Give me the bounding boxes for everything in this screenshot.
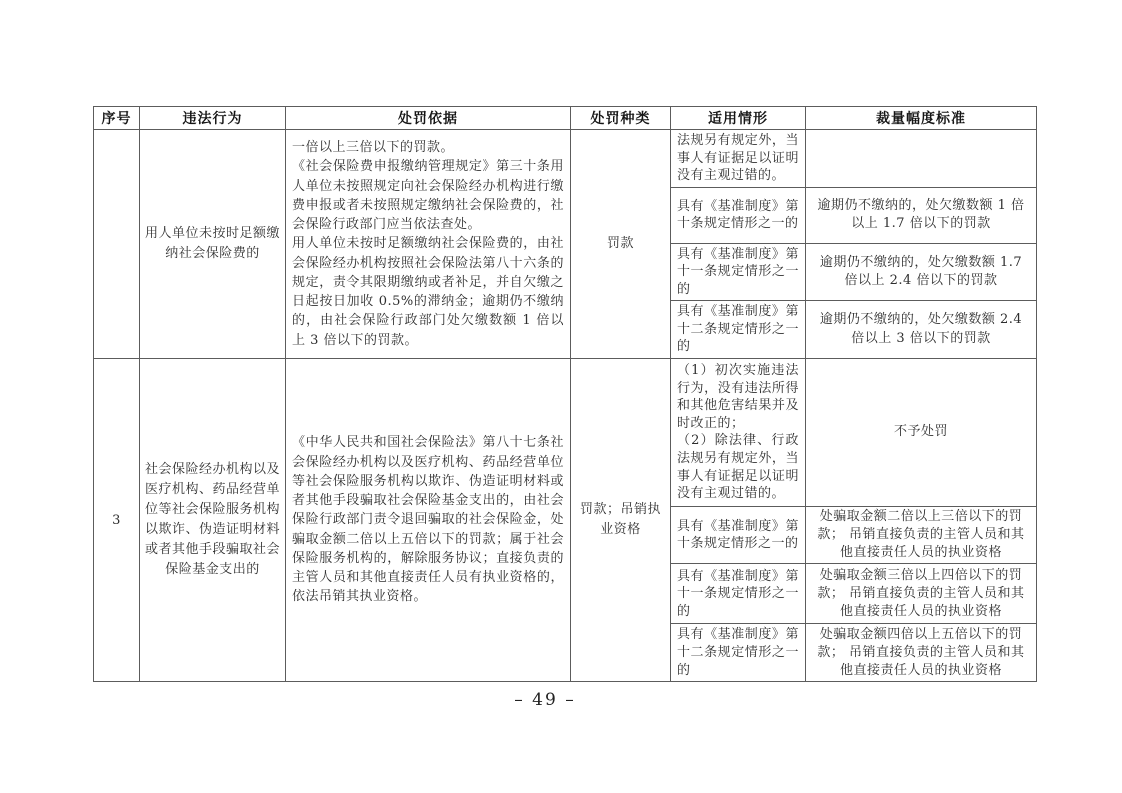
situation-cell: （1）初次实施违法行为，没有违法所得和其他危害结果并及时改正的； （2）除法律、… — [671, 358, 806, 506]
situation-cell: 具有《基准制度》第十二条规定情形之一的 — [671, 624, 806, 682]
situation-cell: 具有《基准制度》第十条规定情形之一的 — [671, 506, 806, 564]
standard-cell: 逾期仍不缴纳的，处欠缴数额 1.7 倍以上 2.4 倍以下的罚款 — [806, 243, 1037, 301]
page-number: – 49 – — [0, 690, 1090, 710]
standard-cell: 逾期仍不缴纳的，处欠缴数额 1 倍以上 1.7 倍以下的罚款 — [806, 187, 1037, 243]
table-row: 3 社会保险经办机构以及医疗机构、药品经营单位等社会保险服务机构以欺诈、伪造证明… — [94, 358, 1037, 506]
col-header-standard: 裁量幅度标准 — [806, 107, 1037, 130]
basis-cell: 《中华人民共和国社会保险法》第八十七条社会保险经办机构以及医疗机构、药品经营单位… — [286, 358, 571, 681]
col-header-behavior: 违法行为 — [140, 107, 286, 130]
situation-cell: 具有《基准制度》第十条规定情形之一的 — [671, 187, 806, 243]
penalty-type-cell: 罚款；吊销执业资格 — [571, 358, 671, 681]
table-header-row: 序号 违法行为 处罚依据 处罚种类 适用情形 裁量幅度标准 — [94, 107, 1037, 130]
standard-cell: 不予处罚 — [806, 358, 1037, 506]
standard-cell: 处骗取金额四倍以上五倍以下的罚款； 吊销直接负责的主管人员和其他直接责任人员的执… — [806, 624, 1037, 682]
penalty-type-cell: 罚款 — [571, 130, 671, 359]
col-header-situation: 适用情形 — [671, 107, 806, 130]
behavior-cell: 社会保险经办机构以及医疗机构、药品经营单位等社会保险服务机构以欺诈、伪造证明材料… — [140, 358, 286, 681]
situation-cell: 具有《基准制度》第十一条规定情形之一的 — [671, 243, 806, 301]
penalty-table: 序号 违法行为 处罚依据 处罚种类 适用情形 裁量幅度标准 用人单位未按时足额缴… — [93, 106, 1037, 682]
standard-cell: 处骗取金额二倍以上三倍以下的罚款； 吊销直接负责的主管人员和其他直接责任人员的执… — [806, 506, 1037, 564]
standard-cell — [806, 130, 1037, 188]
col-header-seq: 序号 — [94, 107, 140, 130]
standard-cell: 处骗取金额三倍以上四倍以下的罚款； 吊销直接负责的主管人员和其他直接责任人员的执… — [806, 564, 1037, 624]
situation-cell: 法规另有规定外，当事人有证据足以证明没有主观过错的。 — [671, 130, 806, 188]
table-row: 用人单位未按时足额缴纳社会保险费的 一倍以上三倍以下的罚款。 《社会保险费申报缴… — [94, 130, 1037, 188]
situation-cell: 具有《基准制度》第十一条规定情形之一的 — [671, 564, 806, 624]
seq-cell — [94, 130, 140, 359]
basis-cell: 一倍以上三倍以下的罚款。 《社会保险费申报缴纳管理规定》第三十条用人单位未按照规… — [286, 130, 571, 359]
seq-cell: 3 — [94, 358, 140, 681]
col-header-basis: 处罚依据 — [286, 107, 571, 130]
standard-cell: 逾期仍不缴纳的，处欠缴数额 2.4 倍以上 3 倍以下的罚款 — [806, 301, 1037, 359]
behavior-cell: 用人单位未按时足额缴纳社会保险费的 — [140, 130, 286, 359]
col-header-penalty-type: 处罚种类 — [571, 107, 671, 130]
situation-cell: 具有《基准制度》第十二条规定情形之一的 — [671, 301, 806, 359]
